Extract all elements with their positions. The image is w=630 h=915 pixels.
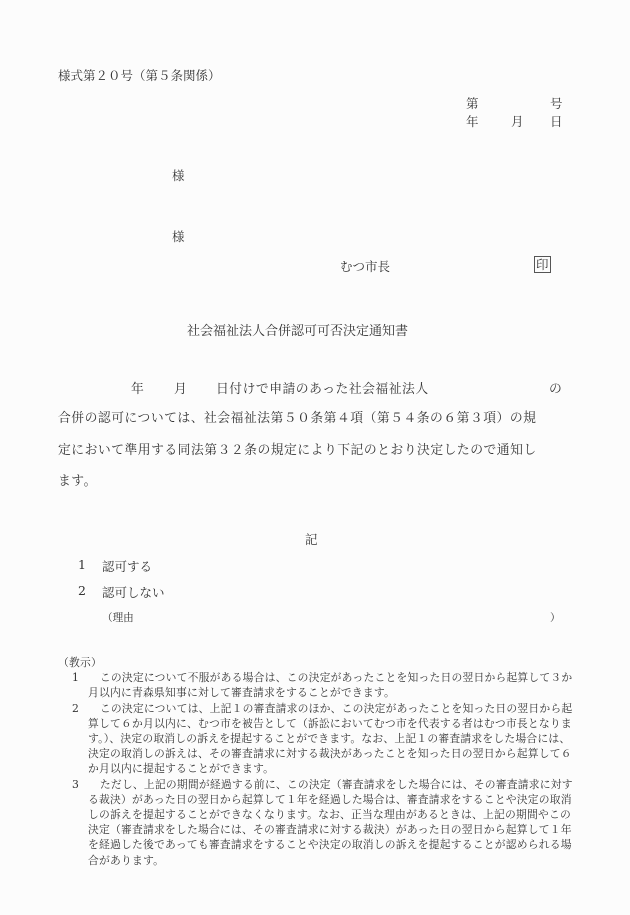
doc-number-prefix: 第 — [466, 94, 479, 112]
record-item-1-label: 認可する — [102, 557, 152, 575]
form-number: 様式第２０号（第５条関係） — [58, 66, 221, 84]
body-month: 月 — [174, 378, 187, 397]
instruction-item-3: 3 ただし、上記の期間が経過する前に、この決定（審査請求をした場合には、その審査… — [58, 777, 578, 868]
reason-open: （理由 — [102, 610, 134, 625]
instruction-item-3-num: 3 — [72, 777, 79, 792]
reason-close: ） — [550, 610, 561, 625]
instruction-item-2-num: 2 — [72, 701, 79, 716]
instruction-item-3-text: ただし、上記の期間が経過する前に、この決定（審査請求をした場合には、その審査請求… — [88, 777, 576, 868]
body-year: 年 — [131, 378, 144, 397]
doc-number-suffix: 号 — [550, 94, 563, 112]
instructions-section: （教示） 1 この決定について不服がある場合は、この決定があったことを知った日の… — [58, 655, 578, 868]
seal-mark: 印 — [534, 256, 551, 273]
instructions-heading: （教示） — [58, 655, 578, 670]
seal-box: 印 — [534, 256, 551, 273]
record-heading: 記 — [305, 530, 318, 548]
date-day: 日 — [550, 112, 563, 130]
body-line1-end: の — [549, 378, 562, 397]
instruction-item-2-text: この決定については、上記１の審査請求のほか、この決定があったことを知った日の翌日… — [88, 701, 576, 777]
sender-name: むつ市長 — [340, 257, 390, 275]
document-title: 社会福祉法人合併認可可否決定通知書 — [187, 320, 408, 339]
instruction-item-1-text: この決定について不服がある場合は、この決定があったことを知った日の翌日から起算し… — [88, 670, 576, 700]
record-item-2-num: 2 — [78, 583, 86, 598]
instruction-item-1-num: 1 — [72, 670, 79, 685]
instruction-item-2: 2 この決定については、上記１の審査請求のほか、この決定があったことを知った日の… — [58, 701, 578, 777]
record-item-1-num: 1 — [78, 557, 86, 572]
body-line4: ます。 — [58, 470, 97, 489]
date-month: 月 — [511, 112, 524, 130]
record-item-2-label: 認可しない — [102, 583, 165, 601]
body-line2: 合併の認可については、社会福祉法第５０条第４項（第５４条の６第３項）の規 — [58, 407, 536, 426]
body-line1-text: 日付けで申請のあった社会福祉法人 — [216, 378, 429, 397]
addressee-2-honorific: 様 — [172, 227, 185, 245]
body-line3: 定において準用する同法第３２条の規定により下記のとおり決定したので通知し — [58, 439, 537, 458]
date-year: 年 — [466, 112, 479, 130]
instruction-item-1: 1 この決定について不服がある場合は、この決定があったことを知った日の翌日から起… — [58, 670, 578, 700]
addressee-1-honorific: 様 — [172, 166, 185, 184]
